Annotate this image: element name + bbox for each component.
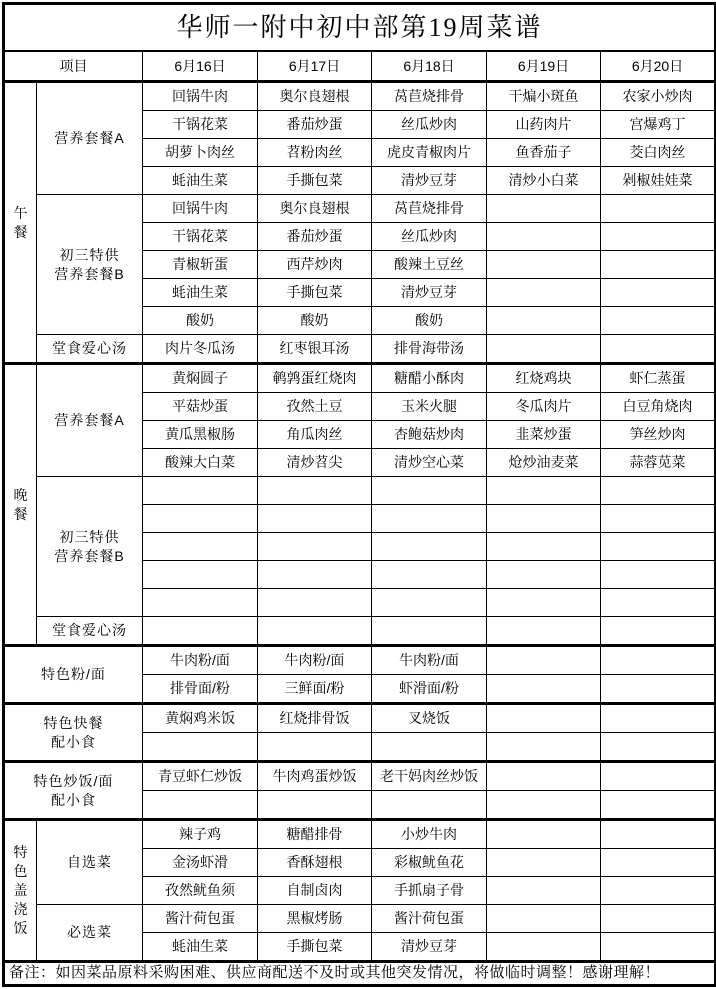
dish-cell: 剁椒娃娃菜 — [601, 167, 716, 195]
empty-cell — [487, 251, 601, 279]
lunch-row: 午 餐营养套餐A回锅牛肉奥尔良翅根莴苣烧排骨干煸小斑鱼农家小炒肉 — [4, 82, 716, 111]
empty-cell — [601, 791, 716, 820]
dish-cell: 角瓜肉丝 — [258, 421, 372, 449]
dish-cell: 孜然鱿鱼须 — [143, 877, 258, 905]
empty-cell — [601, 561, 716, 589]
remarks-note: 备注：如因菜品原料采购困难、供应商配送不及时或其他突发情况，将做临时调整！感谢理… — [4, 962, 716, 986]
dish-cell: 奥尔良翅根 — [258, 82, 372, 111]
dish-cell: 奥尔良翅根 — [258, 195, 372, 223]
empty-cell — [601, 733, 716, 762]
empty-cell — [143, 477, 258, 505]
dish-cell: 酱汁荷包蛋 — [143, 905, 258, 933]
dish-cell: 清炒空心菜 — [372, 449, 487, 477]
dish-cell: 黑椒烤肠 — [258, 905, 372, 933]
dish-cell: 西芹炒肉 — [258, 251, 372, 279]
column-header-item: 项目 — [4, 51, 143, 82]
dish-cell: 虎皮青椒肉片 — [372, 139, 487, 167]
empty-cell — [372, 617, 487, 646]
dish-cell: 青豆虾仁炒饭 — [143, 762, 258, 791]
rice-bowl-group-label-1: 必选菜 — [37, 905, 143, 962]
dish-cell: 清炒苕尖 — [258, 449, 372, 477]
dish-cell: 老干妈肉丝炒饭 — [372, 762, 487, 791]
empty-cell — [487, 933, 601, 962]
dish-cell: 苕粉肉丝 — [258, 139, 372, 167]
fast-food-group-label-0: 特色快餐 配小食 — [4, 704, 143, 762]
empty-cell — [601, 251, 716, 279]
lunch-row: 初三特供 营养套餐B回锅牛肉奥尔良翅根莴苣烧排骨 — [4, 195, 716, 223]
lunch-group-label-0: 营养套餐A — [37, 82, 143, 195]
empty-cell — [258, 617, 372, 646]
empty-cell — [601, 675, 716, 704]
dish-cell: 农家小炒肉 — [601, 82, 716, 111]
empty-cell — [487, 675, 601, 704]
empty-cell — [487, 762, 601, 791]
dish-cell: 山药肉片 — [487, 111, 601, 139]
empty-cell — [487, 617, 601, 646]
dish-cell: 干锅花菜 — [143, 223, 258, 251]
dish-cell: 丝瓜炒肉 — [372, 223, 487, 251]
dish-cell: 红烧排骨饭 — [258, 704, 372, 733]
dish-cell: 排骨海带汤 — [372, 335, 487, 364]
menu-table-body: 午 餐营养套餐A回锅牛肉奥尔良翅根莴苣烧排骨干煸小斑鱼农家小炒肉干锅花菜番茄炒蛋… — [4, 82, 716, 962]
empty-cell — [372, 533, 487, 561]
dish-cell: 黄瓜黑椒肠 — [143, 421, 258, 449]
dish-cell: 酸奶 — [372, 307, 487, 335]
empty-cell — [487, 646, 601, 675]
dish-cell: 孜然土豆 — [258, 393, 372, 421]
rice-bowl-side-label: 特 色 盖 浇 饭 — [4, 820, 37, 962]
dish-cell: 红烧鸡块 — [487, 364, 601, 393]
dish-cell: 莴苣烧排骨 — [372, 195, 487, 223]
empty-cell — [372, 477, 487, 505]
dish-cell: 虾滑面/粉 — [372, 675, 487, 704]
empty-cell — [601, 533, 716, 561]
dish-cell: 牛肉粉/面 — [143, 646, 258, 675]
empty-cell — [258, 561, 372, 589]
column-header-date-4: 6月19日 — [487, 51, 601, 82]
lunch-side-label: 午 餐 — [4, 82, 37, 364]
dish-cell: 干煸小斑鱼 — [487, 82, 601, 111]
empty-cell — [601, 933, 716, 962]
dish-cell: 白豆角烧肉 — [601, 393, 716, 421]
empty-cell — [143, 733, 258, 762]
empty-cell — [601, 820, 716, 849]
empty-cell — [258, 533, 372, 561]
empty-cell — [487, 195, 601, 223]
empty-cell — [601, 849, 716, 877]
column-header-date-5: 6月20日 — [601, 51, 716, 82]
dish-cell: 杏鲍菇炒肉 — [372, 421, 487, 449]
column-header-date-1: 6月16日 — [143, 51, 258, 82]
empty-cell — [601, 335, 716, 364]
menu-sheet: 华师一附中初中部第19周菜谱 项目 6月16日 6月17日 6月18日 6月19… — [0, 2, 716, 987]
dish-cell: 红枣银耳汤 — [258, 335, 372, 364]
empty-cell — [487, 279, 601, 307]
fried-rice-row: 特色炒饭/面 配小食青豆虾仁炒饭牛肉鸡蛋炒饭老干妈肉丝炒饭 — [4, 762, 716, 791]
empty-cell — [258, 733, 372, 762]
empty-cell — [487, 223, 601, 251]
dish-cell: 金汤虾滑 — [143, 849, 258, 877]
empty-cell — [601, 307, 716, 335]
dish-cell: 自制卤肉 — [258, 877, 372, 905]
empty-cell — [601, 905, 716, 933]
dinner-row: 初三特供 营养套餐B — [4, 477, 716, 505]
empty-cell — [601, 279, 716, 307]
empty-cell — [601, 223, 716, 251]
lunch-row: 堂食爱心汤肉片冬瓜汤红枣银耳汤排骨海带汤 — [4, 335, 716, 364]
dish-cell: 黄焖鸡米饭 — [143, 704, 258, 733]
dish-cell: 叉烧饭 — [372, 704, 487, 733]
dish-cell: 胡萝卜肉丝 — [143, 139, 258, 167]
empty-cell — [487, 704, 601, 733]
dish-cell: 莴苣烧排骨 — [372, 82, 487, 111]
lunch-group-label-1: 初三特供 营养套餐B — [37, 195, 143, 335]
dish-cell: 酸奶 — [258, 307, 372, 335]
empty-cell — [372, 733, 487, 762]
dish-cell: 鱼香茄子 — [487, 139, 601, 167]
dish-cell: 清炒豆芽 — [372, 167, 487, 195]
empty-cell — [487, 307, 601, 335]
header-row: 项目 6月16日 6月17日 6月18日 6月19日 6月20日 — [4, 51, 716, 82]
empty-cell — [487, 561, 601, 589]
column-header-date-3: 6月18日 — [372, 51, 487, 82]
dish-cell: 肉片冬瓜汤 — [143, 335, 258, 364]
dish-cell: 炝炒油麦菜 — [487, 449, 601, 477]
empty-cell — [487, 533, 601, 561]
dish-cell: 蒜蓉苋菜 — [601, 449, 716, 477]
empty-cell — [487, 733, 601, 762]
dish-cell: 蚝油生菜 — [143, 279, 258, 307]
dish-cell: 三鲜面/粉 — [258, 675, 372, 704]
dish-cell: 清炒豆芽 — [372, 279, 487, 307]
empty-cell — [372, 561, 487, 589]
dinner-side-label: 晚 餐 — [4, 364, 37, 646]
empty-cell — [143, 791, 258, 820]
empty-cell — [143, 561, 258, 589]
dish-cell: 笋丝炒肉 — [601, 421, 716, 449]
noodles-row: 特色粉/面牛肉粉/面牛肉粉/面牛肉粉/面 — [4, 646, 716, 675]
empty-cell — [258, 505, 372, 533]
empty-cell — [601, 195, 716, 223]
dish-cell: 牛肉粉/面 — [372, 646, 487, 675]
dish-cell: 手撕包菜 — [258, 279, 372, 307]
menu-table-head: 华师一附中初中部第19周菜谱 项目 6月16日 6月17日 6月18日 6月19… — [4, 4, 716, 82]
noodles-group-label-0: 特色粉/面 — [4, 646, 143, 704]
rice-bowl-row: 特 色 盖 浇 饭自选菜辣子鸡糖醋排骨小炒牛肉 — [4, 820, 716, 849]
dish-cell: 香酥翅根 — [258, 849, 372, 877]
empty-cell — [372, 589, 487, 617]
dish-cell: 冬瓜肉片 — [487, 393, 601, 421]
dish-cell: 糖醋排骨 — [258, 820, 372, 849]
empty-cell — [143, 617, 258, 646]
dish-cell: 韭菜炒蛋 — [487, 421, 601, 449]
dish-cell: 小炒牛肉 — [372, 820, 487, 849]
empty-cell — [601, 477, 716, 505]
empty-cell — [601, 646, 716, 675]
empty-cell — [601, 505, 716, 533]
menu-table-foot: 备注：如因菜品原料采购困难、供应商配送不及时或其他突发情况，将做临时调整！感谢理… — [4, 962, 716, 986]
dish-cell: 糖醋小酥肉 — [372, 364, 487, 393]
title-row: 华师一附中初中部第19周菜谱 — [4, 4, 716, 52]
lunch-group-label-2: 堂食爱心汤 — [37, 335, 143, 364]
dish-cell: 玉米火腿 — [372, 393, 487, 421]
dish-cell: 手抓扇子骨 — [372, 877, 487, 905]
empty-cell — [258, 791, 372, 820]
dinner-group-label-2: 堂食爱心汤 — [37, 617, 143, 646]
dish-cell: 青椒斩蛋 — [143, 251, 258, 279]
empty-cell — [601, 877, 716, 905]
dish-cell: 牛肉鸡蛋炒饭 — [258, 762, 372, 791]
dish-cell: 清炒豆芽 — [372, 933, 487, 962]
dinner-row: 晚 餐营养套餐A黄焖圆子鹌鹑蛋红烧肉糖醋小酥肉红烧鸡块虾仁蒸蛋 — [4, 364, 716, 393]
empty-cell — [143, 533, 258, 561]
dish-cell: 酸辣土豆丝 — [372, 251, 487, 279]
dish-cell: 蚝油生菜 — [143, 167, 258, 195]
dish-cell: 手撕包菜 — [258, 167, 372, 195]
empty-cell — [372, 791, 487, 820]
empty-cell — [487, 335, 601, 364]
dinner-row: 堂食爱心汤 — [4, 617, 716, 646]
empty-cell — [143, 505, 258, 533]
fast-food-row: 特色快餐 配小食黄焖鸡米饭红烧排骨饭叉烧饭 — [4, 704, 716, 733]
empty-cell — [601, 762, 716, 791]
empty-cell — [258, 589, 372, 617]
column-header-date-2: 6月17日 — [258, 51, 372, 82]
dinner-group-label-0: 营养套餐A — [37, 364, 143, 477]
dish-cell: 回锅牛肉 — [143, 82, 258, 111]
dish-cell: 番茄炒蛋 — [258, 111, 372, 139]
dish-cell: 鹌鹑蛋红烧肉 — [258, 364, 372, 393]
empty-cell — [487, 505, 601, 533]
dish-cell: 宫爆鸡丁 — [601, 111, 716, 139]
dish-cell: 排骨面/粉 — [143, 675, 258, 704]
empty-cell — [487, 905, 601, 933]
dish-cell: 丝瓜炒肉 — [372, 111, 487, 139]
empty-cell — [372, 505, 487, 533]
dish-cell: 虾仁蒸蛋 — [601, 364, 716, 393]
empty-cell — [258, 477, 372, 505]
menu-table: 华师一附中初中部第19周菜谱 项目 6月16日 6月17日 6月18日 6月19… — [2, 2, 716, 987]
dish-cell: 回锅牛肉 — [143, 195, 258, 223]
dish-cell: 手撕包菜 — [258, 933, 372, 962]
dish-cell: 茭白肉丝 — [601, 139, 716, 167]
dish-cell: 酱汁荷包蛋 — [372, 905, 487, 933]
empty-cell — [487, 477, 601, 505]
dish-cell: 干锅花菜 — [143, 111, 258, 139]
page-title: 华师一附中初中部第19周菜谱 — [4, 4, 716, 52]
fried-rice-group-label-0: 特色炒饭/面 配小食 — [4, 762, 143, 820]
empty-cell — [487, 820, 601, 849]
dish-cell: 蚝油生菜 — [143, 933, 258, 962]
dish-cell: 酸辣大白菜 — [143, 449, 258, 477]
empty-cell — [601, 589, 716, 617]
dish-cell: 番茄炒蛋 — [258, 223, 372, 251]
dish-cell: 酸奶 — [143, 307, 258, 335]
empty-cell — [601, 617, 716, 646]
dinner-group-label-1: 初三特供 营养套餐B — [37, 477, 143, 617]
footer-row: 备注：如因菜品原料采购困难、供应商配送不及时或其他突发情况，将做临时调整！感谢理… — [4, 962, 716, 986]
empty-cell — [487, 877, 601, 905]
dish-cell: 平菇炒蛋 — [143, 393, 258, 421]
empty-cell — [487, 849, 601, 877]
dish-cell: 辣子鸡 — [143, 820, 258, 849]
rice-bowl-row: 必选菜酱汁荷包蛋黑椒烤肠酱汁荷包蛋 — [4, 905, 716, 933]
empty-cell — [601, 704, 716, 733]
dish-cell: 清炒小白菜 — [487, 167, 601, 195]
dish-cell: 彩椒鱿鱼花 — [372, 849, 487, 877]
rice-bowl-group-label-0: 自选菜 — [37, 820, 143, 905]
empty-cell — [143, 589, 258, 617]
dish-cell: 牛肉粉/面 — [258, 646, 372, 675]
dish-cell: 黄焖圆子 — [143, 364, 258, 393]
empty-cell — [487, 589, 601, 617]
empty-cell — [487, 791, 601, 820]
